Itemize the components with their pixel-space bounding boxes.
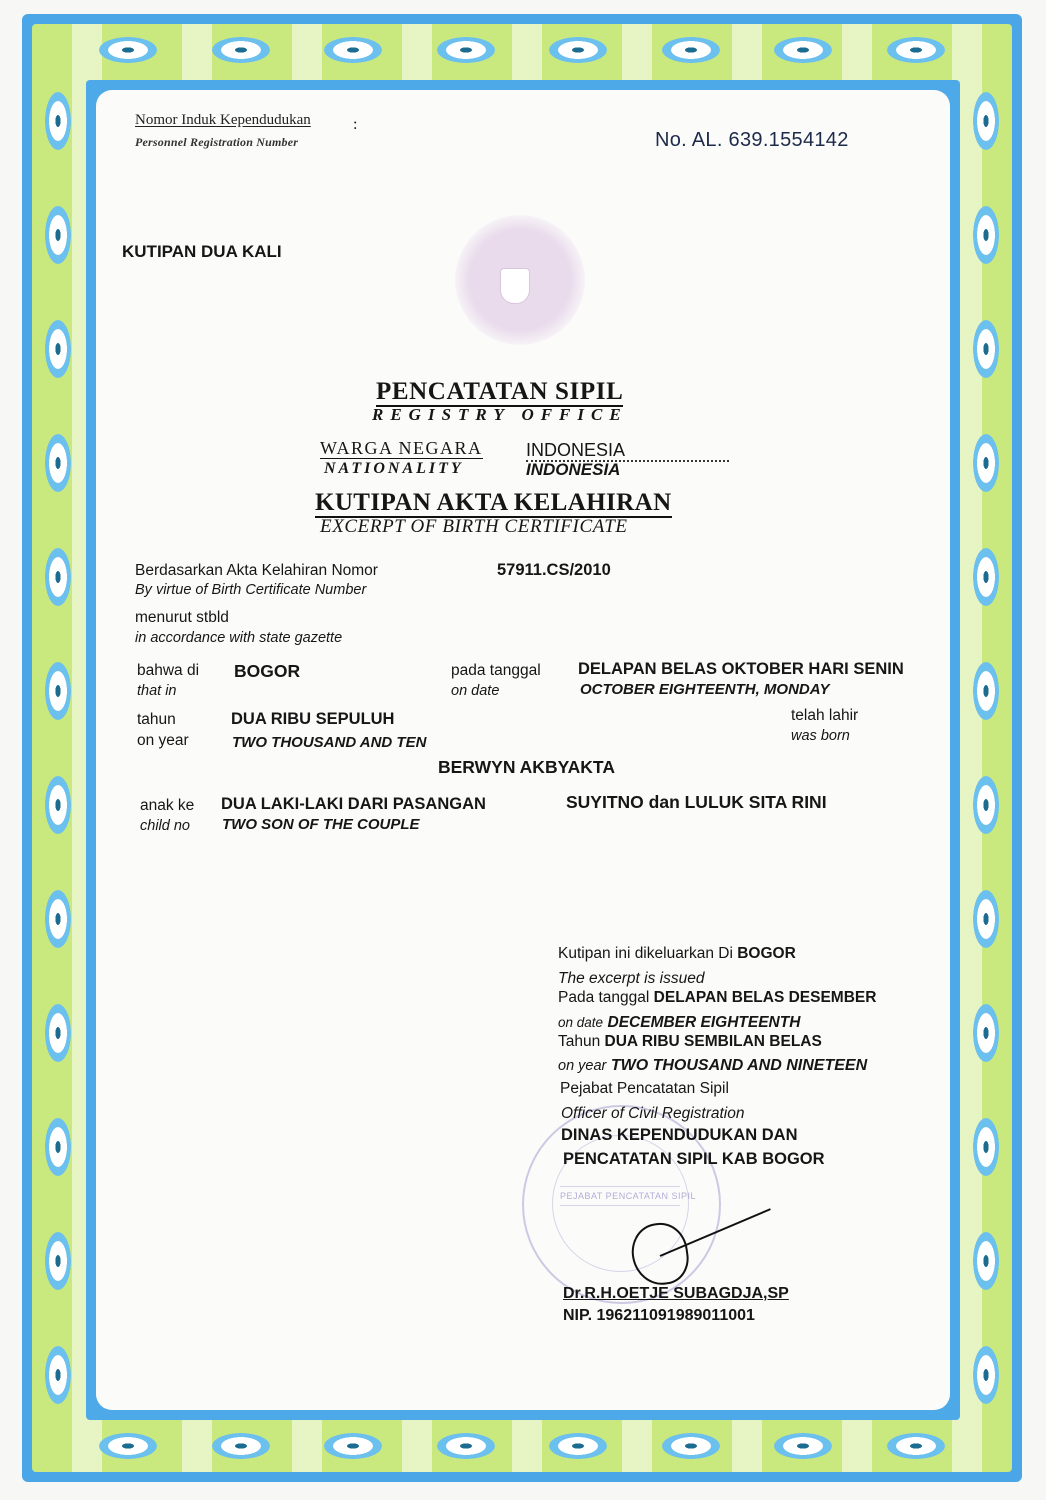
issued-date-label-en: on date (558, 1015, 603, 1030)
agency-line-2: PENCATATAN SIPIL KAB BOGOR (563, 1150, 825, 1169)
issued-label-en: The excerpt is issued (558, 970, 704, 988)
nationality-value: INDONESIA (526, 440, 729, 462)
copy-label: KUTIPAN DUA KALI (122, 242, 282, 262)
child-no-label-en: child no (140, 818, 190, 834)
signer-nip: NIP. 196211091989011001 (563, 1307, 755, 1325)
nik-colon: : (353, 116, 357, 134)
issued-year-line-en: on year TWO THOUSAND AND NINETEEN (558, 1057, 867, 1075)
parents-names: SUYITNO dan LULUK SITA RINI (566, 792, 827, 813)
document-title-en: EXCERPT OF BIRTH CERTIFICATE (320, 516, 628, 538)
issued-year-label-en: on year (558, 1058, 606, 1074)
born-label: telah lahir (791, 707, 858, 725)
office-title-en: REGISTRY OFFICE (372, 405, 628, 425)
border-motif-bottom (72, 1426, 972, 1466)
officer-title: Pejabat Pencatatan Sipil (560, 1080, 729, 1098)
child-order-en: TWO SON OF THE COUPLE (222, 816, 420, 833)
issued-date-en: DECEMBER EIGHTEENTH (608, 1014, 801, 1031)
issued-date-line: Pada tanggal DELAPAN BELAS DESEMBER (558, 989, 876, 1007)
issued-date-line-en: on date DECEMBER EIGHTEENTH (558, 1014, 800, 1032)
agency-line-1: DINAS KEPENDUDUKAN DAN (561, 1126, 798, 1145)
born-label-en: was born (791, 728, 850, 744)
issued-date-label: Pada tanggal (558, 989, 649, 1006)
place-label: bahwa di (137, 662, 199, 680)
stamp-text: PEJABAT PENCATATAN SIPIL (560, 1186, 680, 1206)
issued-at-label: Kutipan ini dikeluarkan Di (558, 945, 733, 962)
document-title: KUTIPAN AKTA KELAHIRAN (315, 489, 672, 518)
birth-date: DELAPAN BELAS OKTOBER HARI SENIN (578, 660, 904, 679)
gazette-label-en: in accordance with state gazette (135, 630, 342, 646)
officer-title-en: Officer of Civil Registration (561, 1105, 744, 1123)
year-label-en: on year (137, 732, 189, 750)
issued-year-line: Tahun DUA RIBU SEMBILAN BELAS (558, 1033, 822, 1051)
date-label-en: on date (451, 683, 499, 699)
issued-year-label: Tahun (558, 1033, 600, 1050)
document-number: No. AL. 639.1554142 (655, 129, 849, 152)
nationality-label-en: NATIONALITY (324, 460, 464, 478)
child-no-label: anak ke (140, 797, 194, 815)
border-motif-left (38, 64, 78, 1432)
emblem-shield-icon (500, 268, 530, 304)
issued-year: DUA RIBU SEMBILAN BELAS (605, 1033, 822, 1050)
border-motif-right (966, 64, 1006, 1432)
cert-number-label-en: By virtue of Birth Certificate Number (135, 582, 366, 598)
cert-number-label: Berdasarkan Akta Kelahiran Nomor (135, 562, 378, 580)
issued-at-line: Kutipan ini dikeluarkan Di BOGOR (558, 945, 796, 963)
nik-label: Nomor Induk Kependudukan (135, 112, 311, 129)
child-name: BERWYN AKBYAKTA (438, 757, 615, 778)
child-order: DUA LAKI-LAKI DARI PASANGAN (221, 795, 486, 814)
date-label: pada tanggal (451, 662, 541, 680)
issued-year-en: TWO THOUSAND AND NINETEEN (611, 1057, 867, 1074)
birth-year: DUA RIBU SEPULUH (231, 710, 394, 729)
gazette-label: menurut stbld (135, 609, 229, 627)
issued-date: DELAPAN BELAS DESEMBER (654, 989, 877, 1006)
place-label-en: that in (137, 683, 177, 699)
nationality-label: WARGA NEGARA (320, 438, 483, 459)
nationality-value-en: INDONESIA (526, 460, 620, 480)
border-motif-top (72, 30, 972, 70)
signer-name: Dr.R.H.OETJE SUBAGDJA,SP (563, 1285, 789, 1303)
birth-date-en: OCTOBER EIGHTEENTH, MONDAY (580, 681, 829, 698)
birth-place: BOGOR (234, 661, 300, 682)
year-label: tahun (137, 711, 176, 729)
birth-year-en: TWO THOUSAND AND TEN (232, 734, 426, 751)
nik-label-en: Personnel Registration Number (135, 135, 298, 150)
cert-number: 57911.CS/2010 (497, 561, 611, 580)
office-title: PENCATATAN SIPIL (376, 378, 623, 407)
issued-at-place: BOGOR (737, 945, 796, 962)
